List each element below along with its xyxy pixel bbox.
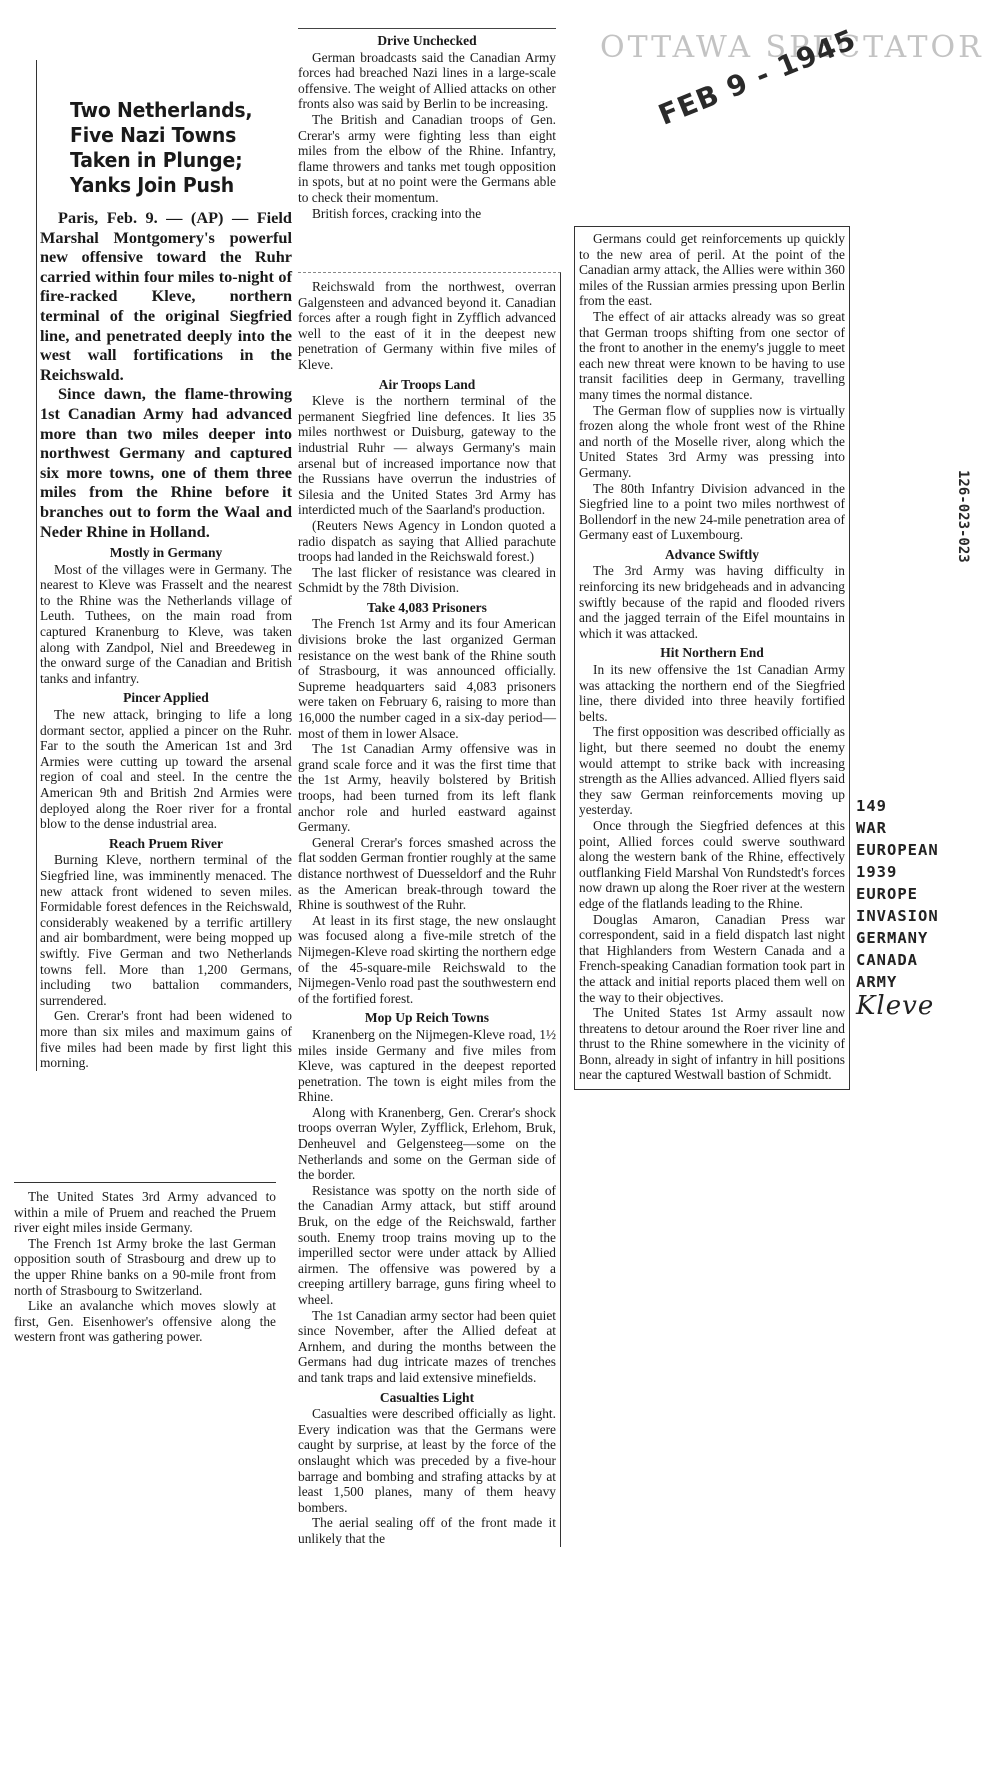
index-tags: 149 WAREUROPEAN1939EUROPEINVASIONGERMANY…: [856, 795, 939, 1017]
index-tag: WAR: [856, 817, 939, 839]
paragraph: The British and Canadian troops of Gen. …: [298, 112, 556, 206]
paragraph: (Reuters News Agency in London quoted a …: [298, 518, 556, 565]
article-column-1-tail: The United States 3rd Army advanced to w…: [14, 1182, 276, 1345]
paragraph: The 3rd Army was having difficulty in re…: [579, 563, 845, 641]
paragraph: British forces, cracking into the: [298, 206, 556, 222]
paragraph: Resistance was spotty on the north side …: [298, 1183, 556, 1308]
paragraph: The aerial sealing off of the front made…: [298, 1515, 556, 1546]
article-column-2-jump: Reichswald from the northwest, overran G…: [298, 272, 561, 1547]
paragraph: The United States 1st Army assault now t…: [579, 1005, 845, 1083]
headline: Two Netherlands, Five Nazi Towns Taken i…: [70, 98, 274, 198]
subheading: Advance Swiftly: [579, 547, 845, 563]
paragraph: Casualties were described officially as …: [298, 1406, 556, 1515]
paragraph: The effect of air attacks already was so…: [579, 309, 845, 403]
handwritten-note: Kleve: [856, 995, 939, 1017]
index-tag-list: WAREUROPEAN1939EUROPEINVASIONGERMANYCANA…: [856, 817, 939, 993]
paragraph: Along with Kranenberg, Gen. Crerar's sho…: [298, 1105, 556, 1183]
index-tag: ARMY: [856, 971, 939, 993]
article-column-1: Two Netherlands, Five Nazi Towns Taken i…: [36, 60, 292, 1071]
subheading: Mop Up Reich Towns: [298, 1010, 556, 1026]
paragraph: Kleve is the northern terminal of the pe…: [298, 393, 556, 518]
reference-number: 126-023-023: [955, 470, 971, 563]
subheading: Air Troops Land: [298, 377, 556, 393]
paragraph: Once through the Siegfried defences at t…: [579, 818, 845, 912]
lead-paragraphs: Paris, Feb. 9. — (AP) — Field Marshal Mo…: [40, 208, 292, 541]
index-tag: 1939: [856, 861, 939, 883]
subheading: Take 4,083 Prisoners: [298, 600, 556, 616]
subheading: Casualties Light: [298, 1390, 556, 1406]
paragraph: At least in its first stage, the new ons…: [298, 913, 556, 1007]
index-tag: EUROPEAN: [856, 839, 939, 861]
subheading: Drive Unchecked: [298, 33, 556, 49]
lead-paragraph: Since dawn, the flame-throwing 1st Canad…: [40, 384, 292, 541]
index-tag: EUROPE: [856, 883, 939, 905]
paragraph: The French 1st Army broke the last Germa…: [14, 1236, 276, 1298]
subheading: Reach Pruem River: [40, 836, 292, 852]
subheading: Mostly in Germany: [40, 545, 292, 561]
paragraph: The German flow of supplies now is virtu…: [579, 403, 845, 481]
paragraph: The last flicker of resistance was clear…: [298, 565, 556, 596]
index-tag: CANADA: [856, 949, 939, 971]
paragraph: The first opposition was described offic…: [579, 724, 845, 818]
paragraph: Kranenberg on the Nijmegen-Kleve road, 1…: [298, 1027, 556, 1105]
column-1-sections: Mostly in GermanyMost of the villages we…: [40, 545, 292, 1071]
paragraph: Most of the villages were in Germany. Th…: [40, 562, 292, 687]
paragraph: The 80th Infantry Division advanced in t…: [579, 481, 845, 543]
paragraph: German broadcasts said the Canadian Army…: [298, 50, 556, 112]
paragraph: The French 1st Army and its four America…: [298, 616, 556, 741]
lead-paragraph: Paris, Feb. 9. — (AP) — Field Marshal Mo…: [40, 208, 292, 384]
paragraph: The new attack, bringing to life a long …: [40, 707, 292, 832]
paragraph: Germans could get reinforcements up quic…: [579, 231, 845, 309]
paragraph: The 1st Canadian Army offensive was in g…: [298, 741, 556, 835]
paragraph: In its new offensive the 1st Canadian Ar…: [579, 662, 845, 724]
paragraph: The United States 3rd Army advanced to w…: [14, 1189, 276, 1236]
paragraph: Reichswald from the northwest, overran G…: [298, 279, 556, 373]
paragraph: Gen. Crerar's front had been widened to …: [40, 1008, 292, 1070]
article-column-3: Germans could get reinforcements up quic…: [574, 226, 850, 1090]
index-tag: GERMANY: [856, 927, 939, 949]
paragraph: General Crerar's forces smashed across t…: [298, 835, 556, 913]
subheading: Pincer Applied: [40, 690, 292, 706]
article-column-2-top: Drive UncheckedGerman broadcasts said th…: [298, 28, 556, 221]
paragraph: Burning Kleve, northern terminal of the …: [40, 852, 292, 1008]
paragraph: The 1st Canadian army sector had been qu…: [298, 1308, 556, 1386]
index-tag: INVASION: [856, 905, 939, 927]
subheading: Hit Northern End: [579, 645, 845, 661]
paragraph: Like an avalanche which moves slowly at …: [14, 1298, 276, 1345]
paragraph: Douglas Amaron, Canadian Press war corre…: [579, 912, 845, 1006]
index-number: 149: [856, 795, 939, 817]
